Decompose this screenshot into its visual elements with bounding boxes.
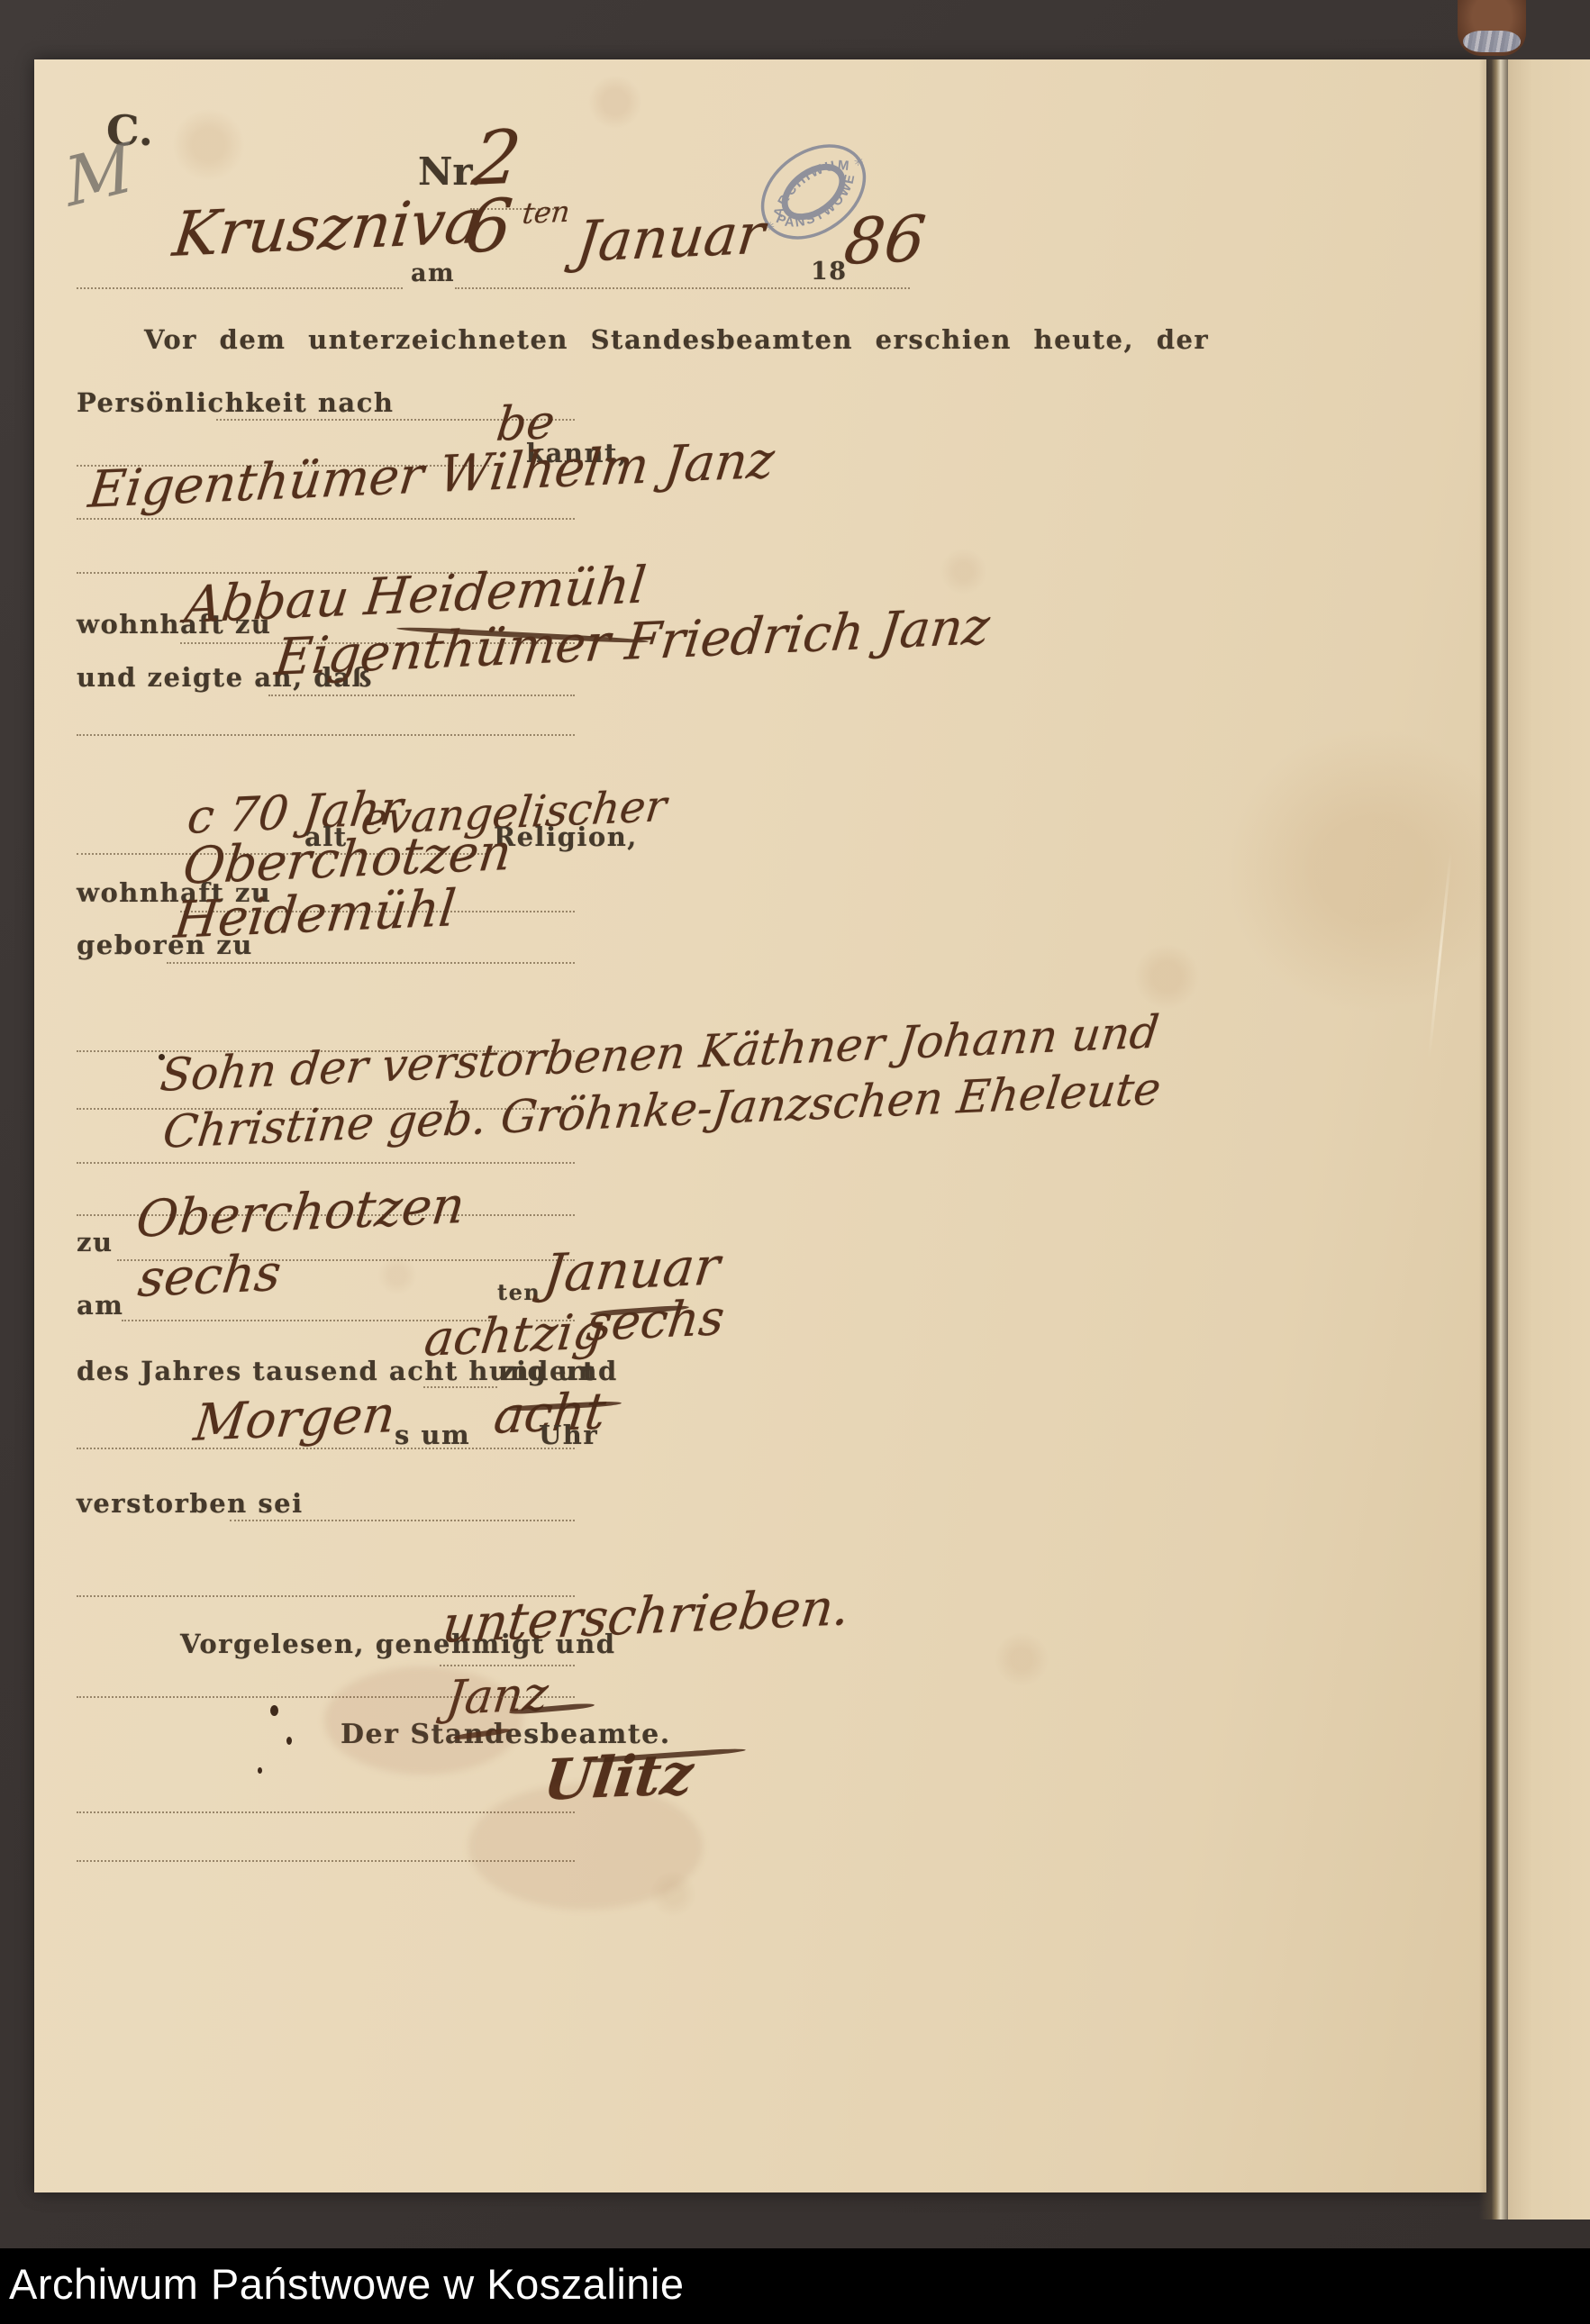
day-suffix-entry: ten: [521, 194, 572, 231]
month-entry: Januar: [573, 200, 768, 275]
geboren-entry: Heidemühl: [171, 879, 459, 950]
ink-speck: [270, 1705, 278, 1716]
am2-label: am: [77, 1290, 123, 1321]
anzeige-line: [268, 692, 575, 696]
zu-label: zu: [77, 1227, 114, 1257]
blank-line-2: [77, 731, 575, 736]
year-entry: 86: [840, 202, 929, 279]
stamp-star-right-icon: ✳: [851, 154, 868, 171]
ink-speck: [258, 1767, 262, 1774]
place-entry: Kruszniva: [169, 186, 486, 271]
ten-label: ten: [497, 1279, 541, 1305]
ink-ghost-smudge: [468, 1784, 703, 1910]
year-tens-line: [423, 1384, 497, 1388]
unterschrieben-line: [440, 1662, 575, 1666]
ink-speck: [286, 1737, 292, 1745]
archive-caption: Archiwum Państwowe w Koszalinie: [9, 2248, 685, 2324]
ink-speck: [159, 1054, 165, 1060]
intro-line: Vor dem unterzeichneten Standesbeamten e…: [144, 324, 1209, 355]
persoenlichkeit-label: Persönlichkeit nach: [77, 387, 394, 418]
declarant-line: [77, 515, 575, 520]
verstorben-label: verstorben sei: [77, 1488, 304, 1519]
year-units-entry: sechs: [584, 1289, 727, 1352]
daytime-line: [77, 1445, 575, 1449]
archive-caption-bar: Archiwum Państwowe w Koszalinie: [0, 2248, 1590, 2324]
binding-stitch: [1463, 31, 1521, 52]
adjacent-page-edge: [1508, 59, 1590, 2220]
day-entry: 6: [461, 183, 517, 269]
place-line: [77, 285, 403, 289]
verstorben-line: [230, 1517, 575, 1521]
pencil-annotation: M: [60, 129, 138, 222]
geboren-line: [167, 959, 575, 964]
death-day-entry: sechs: [135, 1244, 284, 1309]
parents-line-2: [77, 1159, 575, 1164]
book-fold: [1479, 59, 1510, 2220]
am-label: am: [411, 259, 455, 287]
religion-label: Religion,: [494, 822, 638, 852]
daytime-entry: Morgen: [191, 1385, 398, 1453]
ink-ghost-smudge: [324, 1666, 522, 1775]
